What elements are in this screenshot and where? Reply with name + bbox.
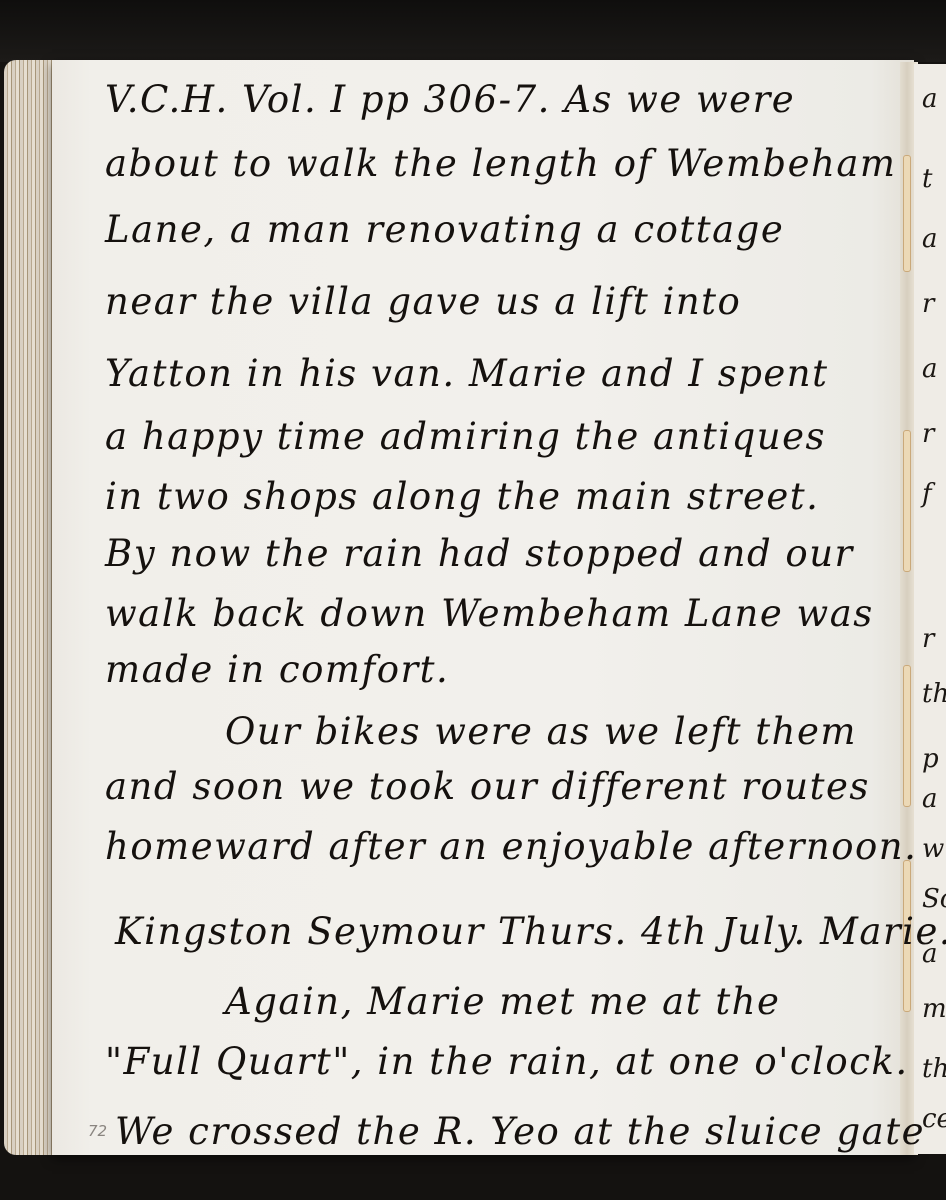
fragment: t [922, 164, 932, 194]
text-line: "Full Quart", in the rain, at one o'cloc… [105, 1040, 909, 1083]
fragment: th [922, 679, 946, 709]
text-line: Again, Marie met me at the [225, 980, 780, 1023]
text-line: about to walk the length of Wembeham [105, 142, 896, 185]
text-line: in two shops along the main street. [105, 475, 819, 518]
text-line: homeward after an enjoyable afternoon. [105, 825, 917, 868]
page-number: 72 [88, 1122, 107, 1140]
fragment: r [922, 624, 934, 654]
fragment: ce [922, 1104, 946, 1134]
fragment: f [922, 479, 932, 509]
text-line: walk back down Wembeham Lane was [105, 592, 874, 635]
binding-stitch [903, 430, 911, 572]
text-line: Our bikes were as we left them [225, 710, 857, 753]
fragment: a [922, 84, 938, 114]
text-line: V.C.H. Vol. I pp 306-7. As we were [105, 78, 795, 121]
binding-stitch [903, 665, 911, 807]
entry-heading: Kingston Seymour Thurs. 4th July. Marie. [115, 910, 946, 953]
fragment: r [922, 289, 934, 319]
fragment: th [922, 1054, 946, 1084]
text-line: made in comfort. [105, 648, 449, 691]
background [0, 0, 946, 62]
fragment: r [922, 419, 934, 449]
text-line: We crossed the R. Yeo at the sluice gate [115, 1110, 925, 1153]
text-line: near the villa gave us a lift into [105, 280, 741, 323]
fragment: m [922, 994, 946, 1024]
text-line: By now the rain had stopped and our [105, 532, 854, 575]
text-line: and soon we took our different routes [105, 765, 870, 808]
text-line: a happy time admiring the antiques [105, 415, 826, 458]
text-line: Yatton in his van. Marie and I spent [105, 352, 828, 395]
fragment: p [922, 744, 939, 774]
fragment: w [922, 834, 944, 864]
fragment: a [922, 784, 938, 814]
fragment: a [922, 354, 938, 384]
binding-stitch [903, 155, 911, 272]
facing-page-edge: a t a r a r f r th p a w Sc a m th ce [914, 64, 946, 1154]
text-line: Lane, a man renovating a cottage [105, 208, 784, 251]
fragment: a [922, 224, 938, 254]
